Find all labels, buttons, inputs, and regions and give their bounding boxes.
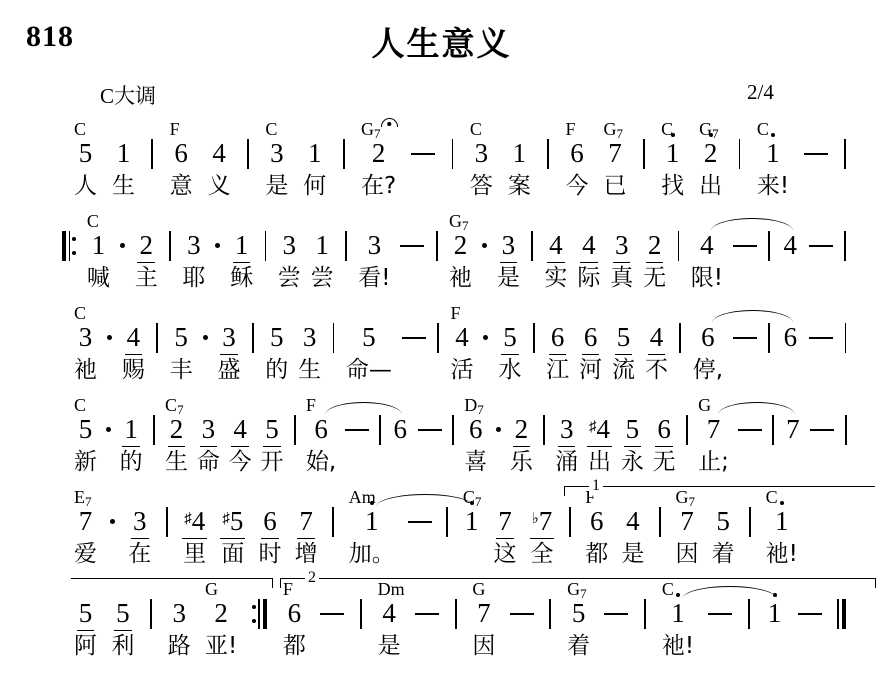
note-row: 1 (463, 506, 481, 540)
note-digit: 5 (270, 322, 284, 352)
repeat-end-sign (252, 578, 269, 662)
lyric-syllable: 祂! (766, 540, 798, 570)
barline (843, 210, 848, 294)
note-digit: 4 (192, 506, 206, 536)
note-row: 3 (268, 138, 286, 172)
note-digit: 6 (174, 138, 188, 168)
note-row: 5 (263, 414, 281, 448)
dash-line (400, 245, 424, 247)
note-glyph: 5 (77, 598, 95, 631)
note-glyph: 1 (463, 506, 481, 539)
chord-label: F (306, 396, 316, 414)
note-glyph: 1 (669, 598, 687, 631)
barline (843, 302, 848, 386)
note-digit: 7 (477, 598, 491, 628)
lyric-syllable: 活 (451, 356, 474, 386)
note-token: 5利 (111, 578, 134, 662)
note-token: ♭7全 (530, 486, 555, 570)
note-token: G75着 (567, 578, 590, 662)
octave-dot (709, 133, 713, 137)
lyric-syllable: 来! (757, 172, 789, 202)
lyric-syllable: 在 (128, 540, 151, 570)
lyric-syllable: 阿 (74, 632, 97, 662)
note-glyph: 3 (558, 414, 576, 447)
note-token: 5着 (712, 486, 735, 570)
note-row: 2 (513, 414, 531, 448)
note-row: 3 (280, 230, 298, 264)
barline (451, 394, 456, 478)
note-token: 2主 (135, 210, 158, 294)
augmentation-dot (496, 394, 501, 478)
note-row: 5 (268, 322, 286, 356)
note-row: ♯4 (587, 414, 612, 448)
dot-glyph (106, 427, 111, 432)
note-token: 3命 (197, 394, 220, 478)
note-digit: 6 (784, 322, 798, 352)
lyric-syllable: 止; (698, 448, 729, 478)
score-area: C5人1生F6意4义C3是1何G72在?C3答1案F6今G77已C1找G72出C… (60, 118, 848, 670)
lyric-syllable: 是 (378, 632, 401, 662)
sheet-music-page: 818 人生意义 C大调 2/4 C5人1生F6意4义C3是1何G72在?C3答… (0, 0, 883, 699)
lyric-syllable: 限! (691, 264, 723, 294)
note-token: 3是 (497, 210, 520, 294)
note-digit: 1 (365, 506, 379, 536)
lyric-syllable: 无 (653, 448, 676, 478)
note-glyph: ♯5 (220, 506, 245, 539)
lyric-syllable: 丰 (170, 356, 193, 386)
barline (567, 486, 572, 570)
note-row: 6 (172, 138, 190, 172)
barline (453, 578, 458, 662)
note-row: 3 (185, 230, 203, 264)
note-glyph: ♯4 (587, 414, 612, 447)
barline (434, 210, 439, 294)
dash-token (510, 578, 534, 662)
note-glyph: 3 (268, 138, 286, 171)
lyric-syllable: 祂 (449, 264, 472, 294)
note-glyph: 2 (168, 414, 186, 447)
barline (246, 118, 251, 202)
note-digit: 1 (117, 138, 131, 168)
barline (450, 118, 455, 202)
lyric-syllable: 义 (208, 172, 231, 202)
note-glyph: 3 (613, 230, 631, 263)
note-row: 2 (646, 230, 664, 264)
note-glyph: 5 (714, 506, 732, 539)
note-glyph: 6 (261, 506, 279, 539)
note-digit: 4 (700, 230, 714, 260)
dash-token (798, 578, 822, 662)
note-digit: 5 (174, 322, 188, 352)
note-token: 5永 (621, 394, 644, 478)
note-row: 6 (582, 322, 600, 356)
note-row: 3 (220, 322, 238, 356)
note-glyph: 6 (549, 322, 567, 355)
note-digit: 4 (650, 322, 664, 352)
lyric-syllable: 利 (111, 632, 134, 662)
note-token: G72祂 (449, 210, 472, 294)
note-token: 3路 (168, 578, 191, 662)
note-digit: 6 (590, 506, 604, 536)
note-glyph: 4 (210, 138, 228, 171)
octave-dot (780, 501, 784, 505)
chord-label: C (87, 212, 99, 230)
dash-line (345, 429, 369, 431)
note-row: 1 (669, 598, 687, 632)
lyric-syllable: 永 (621, 448, 644, 478)
dash-line (809, 337, 833, 339)
note-glyph: 6 (582, 322, 600, 355)
barline (748, 486, 753, 570)
note-glyph: 1 (766, 598, 784, 631)
lyric-syllable: 稣 (230, 264, 253, 294)
chord-label: F (566, 120, 576, 138)
note-row: 4 (782, 230, 800, 264)
note-token: 1的 (120, 394, 143, 478)
note-row: 3 (131, 506, 149, 540)
lyric-syllable: 因 (675, 540, 698, 570)
note-token: 1生 (112, 118, 135, 202)
barline (331, 302, 336, 386)
note-digit: 4 (212, 138, 226, 168)
note-row: 6 (391, 414, 409, 448)
page-title: 人生意义 (0, 18, 883, 65)
note-glyph: ♯4 (182, 506, 207, 539)
dash-token (810, 394, 834, 478)
dot-glyph (203, 335, 208, 340)
chord-label: F (170, 120, 180, 138)
note-row: 5 (615, 322, 633, 356)
note-digit: 7 (707, 414, 721, 444)
note-token: 6无 (653, 394, 676, 478)
note-digit: 1 (671, 598, 685, 628)
lyric-syllable: 祂 (74, 356, 97, 386)
dot-glyph (120, 243, 125, 248)
note-token: C1来! (757, 118, 789, 202)
lyric-syllable: 路 (168, 632, 191, 662)
note-digit: 2 (139, 230, 153, 260)
barline (344, 210, 349, 294)
augmentation-dot (107, 302, 112, 386)
dash-token (809, 210, 833, 294)
lyric-syllable: 里 (183, 540, 206, 570)
note-token: 3真 (610, 210, 633, 294)
note-token: C72生 (165, 394, 188, 478)
note-token: 4际 (577, 210, 600, 294)
lyric-syllable: 际 (577, 264, 600, 294)
note-token: C3是 (265, 118, 288, 202)
note-digit: 6 (570, 138, 584, 168)
note-token: 5命— (346, 302, 392, 386)
note-row: 4 (210, 138, 228, 172)
note-glyph: 7 (705, 414, 723, 447)
chord-label: G7 (603, 120, 623, 138)
note-token: G2亚! (205, 578, 237, 662)
note-glyph: 1 (122, 414, 140, 447)
note-row: 4 (380, 598, 398, 632)
chord-label: G (698, 396, 711, 414)
chord-label: G7 (361, 120, 381, 138)
music-line: E77爱3在♯4里♯5面6时7增Am1加。C717这♭7全F6都4是G77因5着… (60, 486, 848, 570)
note-token: G77因 (675, 486, 698, 570)
note-glyph: 4 (125, 322, 143, 355)
note-digit: 4 (784, 230, 798, 260)
chord-label: C (74, 120, 86, 138)
note-row: 1 (233, 230, 251, 264)
note-glyph: 5 (172, 322, 190, 355)
note-row: 1 (115, 138, 133, 172)
note-digit: 3 (79, 322, 93, 352)
chord-label: F (451, 304, 461, 322)
chord-label: C (265, 120, 277, 138)
note-token: 3尝 (278, 210, 301, 294)
barline (292, 394, 297, 478)
note-digit: 1 (513, 138, 527, 168)
dash-line (798, 613, 822, 615)
note-token: E77爱 (74, 486, 97, 570)
note-token: D76喜 (464, 394, 487, 478)
chord-label: C (470, 120, 482, 138)
note-glyph: 2 (137, 230, 155, 263)
barline (263, 210, 268, 294)
note-row: 1 (306, 138, 324, 172)
augmentation-dot (106, 394, 111, 478)
note-glyph: 1 (233, 230, 251, 263)
barline (331, 486, 336, 570)
note-digit: 3 (187, 230, 201, 260)
note-glyph: 7 (475, 598, 493, 631)
note-glyph: 3 (200, 414, 218, 447)
dash-token (320, 578, 344, 662)
music-line: C5新1的C72生3命4今5开F6始,6D76喜2乐3涌♯4出5永6无G7止;7 (60, 394, 848, 478)
note-token: 4不 (645, 302, 668, 386)
barline (436, 302, 441, 386)
note-row: 2 (452, 230, 470, 264)
fermata-icon (381, 118, 398, 127)
note-row: 1 (313, 230, 331, 264)
volta-bracket: 2 (280, 578, 876, 588)
note-row: 4 (648, 322, 666, 356)
final-barline (836, 578, 848, 662)
note-token: 5开 (260, 394, 283, 478)
note-token: C71 (463, 486, 481, 570)
dash-line (510, 613, 534, 615)
dash-line (320, 613, 344, 615)
note-digit: 1 (92, 230, 106, 260)
lyric-syllable: 今 (229, 448, 252, 478)
barline (168, 210, 173, 294)
dot-glyph (482, 243, 487, 248)
note-token: ♯5面 (220, 486, 245, 570)
note-digit: 2 (515, 414, 529, 444)
lyric-syllable: 开 (260, 448, 283, 478)
note-row: 4 (453, 322, 471, 356)
note-row: ♯5 (220, 506, 245, 540)
note-token: 5丰 (170, 302, 193, 386)
barline (548, 578, 553, 662)
lyric-syllable: 因 (472, 632, 495, 662)
note-digit: 1 (315, 230, 329, 260)
lyric-syllable: 主 (135, 264, 158, 294)
note-digit: 5 (79, 598, 93, 628)
music-line: C1喊2主3耶1稣3尝1尝3看!G72祂3是4实4际3真2无4限!4 (60, 210, 848, 294)
note-digit: 1 (235, 230, 249, 260)
barline (150, 118, 155, 202)
chord-label: C7 (165, 396, 184, 414)
note-digit: 4 (233, 414, 247, 444)
note-glyph: 7 (77, 506, 95, 539)
note-glyph: 3 (185, 230, 203, 263)
note-row: 2 (370, 138, 388, 172)
note-row: 7 (606, 138, 624, 172)
note-token: F6都 (283, 578, 306, 662)
note-row: 5 (714, 506, 732, 540)
note-glyph: 6 (782, 322, 800, 355)
note-digit: 7 (680, 506, 694, 536)
note-glyph: 1 (115, 138, 133, 171)
note-row: 1 (766, 598, 784, 632)
barline (359, 578, 364, 662)
note-token: 3盛 (218, 302, 241, 386)
lyric-syllable: 着 (712, 540, 735, 570)
chord-label: G7 (449, 212, 469, 230)
note-row: 3 (77, 322, 95, 356)
note-row: 6 (699, 322, 717, 356)
lyric-syllable: 河 (579, 356, 602, 386)
note-token: F6今 (566, 118, 589, 202)
lyric-syllable: 今 (566, 172, 589, 202)
note-glyph: 7 (297, 506, 315, 539)
note-digit: 5 (503, 322, 517, 352)
note-digit: 3 (615, 230, 629, 260)
dash-line (809, 245, 833, 247)
barline (643, 578, 648, 662)
volta-label: 1 (589, 478, 603, 494)
chord-label: C (74, 396, 86, 414)
note-token: 1尝 (311, 210, 334, 294)
time-signature: 2/4 (747, 80, 774, 105)
note-row: ♯4 (182, 506, 207, 540)
octave-dot (671, 133, 675, 137)
note-digit: 6 (551, 322, 565, 352)
note-digit: 3 (222, 322, 236, 352)
note-glyph: 5 (501, 322, 519, 355)
lyric-syllable: 始, (306, 448, 336, 478)
note-token: 1稣 (230, 210, 253, 294)
note-row: 1 (90, 230, 108, 264)
lyric-syllable: 找 (661, 172, 684, 202)
lyric-syllable: 命— (346, 356, 392, 386)
note-glyph: 3 (366, 230, 384, 263)
lyric-syllable: 看! (358, 264, 390, 294)
note-row: 4 (698, 230, 716, 264)
note-glyph: 1 (773, 506, 791, 539)
note-digit: 3 (202, 414, 216, 444)
note-glyph: 1 (90, 230, 108, 263)
note-glyph: 3 (170, 598, 188, 631)
note-glyph: 2 (513, 414, 531, 447)
barline (546, 118, 551, 202)
note-digit: 1 (465, 506, 479, 536)
note-digit: 4 (455, 322, 469, 352)
lyric-syllable: 祂! (662, 632, 694, 662)
note-row: 7 (678, 506, 696, 540)
note-row: 7 (784, 414, 802, 448)
note-row: 1 (511, 138, 529, 172)
note-glyph: 6 (172, 138, 190, 171)
note-row: 1 (664, 138, 682, 172)
note-token: 3看! (358, 210, 390, 294)
note-row: 2 (137, 230, 155, 264)
note-glyph: 3 (220, 322, 238, 355)
dash-line (411, 153, 435, 155)
note-glyph: 5 (570, 598, 588, 631)
note-row: 4 (624, 506, 642, 540)
barline (151, 394, 156, 478)
note-token: 5的 (265, 302, 288, 386)
lyric-syllable: 涌 (555, 448, 578, 478)
accidental-icon: ♯ (184, 511, 192, 527)
note-digit: 5 (626, 414, 640, 444)
note-digit: 7 (786, 414, 800, 444)
note-token: 5水 (498, 302, 521, 386)
dash-token (411, 118, 435, 202)
note-row: 2 (168, 414, 186, 448)
barline (149, 578, 154, 662)
note-glyph: 6 (655, 414, 673, 447)
note-row: 3 (301, 322, 319, 356)
note-digit: 1 (308, 138, 322, 168)
note-glyph: 4 (782, 230, 800, 263)
dash-line (810, 429, 834, 431)
note-digit: 5 (116, 598, 130, 628)
dash-line (604, 613, 628, 615)
barline (843, 118, 848, 202)
note-token: C1找 (661, 118, 684, 202)
note-row: 7 (496, 506, 514, 540)
note-glyph: ♭7 (530, 506, 555, 539)
note-row: 6 (568, 138, 586, 172)
note-row: 7 (77, 506, 95, 540)
dash-token (809, 302, 833, 386)
note-digit: 6 (657, 414, 671, 444)
note-digit: 1 (124, 414, 138, 444)
note-row: 5 (114, 598, 132, 632)
note-token: 2乐 (510, 394, 533, 478)
note-glyph: 3 (301, 322, 319, 355)
note-glyph: 4 (453, 322, 471, 355)
note-glyph: 5 (77, 414, 95, 447)
note-glyph: 1 (764, 138, 782, 171)
note-digit: 7 (608, 138, 622, 168)
note-digit: 2 (704, 138, 718, 168)
note-token: G72在? (361, 118, 396, 202)
note-glyph: 7 (496, 506, 514, 539)
note-token: G77已 (603, 118, 626, 202)
note-row: 5 (360, 322, 378, 356)
note-glyph: 5 (360, 322, 378, 355)
note-glyph: 3 (280, 230, 298, 263)
barline (155, 302, 160, 386)
note-glyph: 4 (648, 322, 666, 355)
dash-line (408, 521, 432, 523)
lyric-syllable: 人 (74, 172, 97, 202)
lyric-syllable: 生 (112, 172, 135, 202)
note-glyph: 1 (306, 138, 324, 171)
note-digit: 6 (701, 322, 715, 352)
chord-label: D7 (464, 396, 484, 414)
note-row: 5 (77, 598, 95, 632)
